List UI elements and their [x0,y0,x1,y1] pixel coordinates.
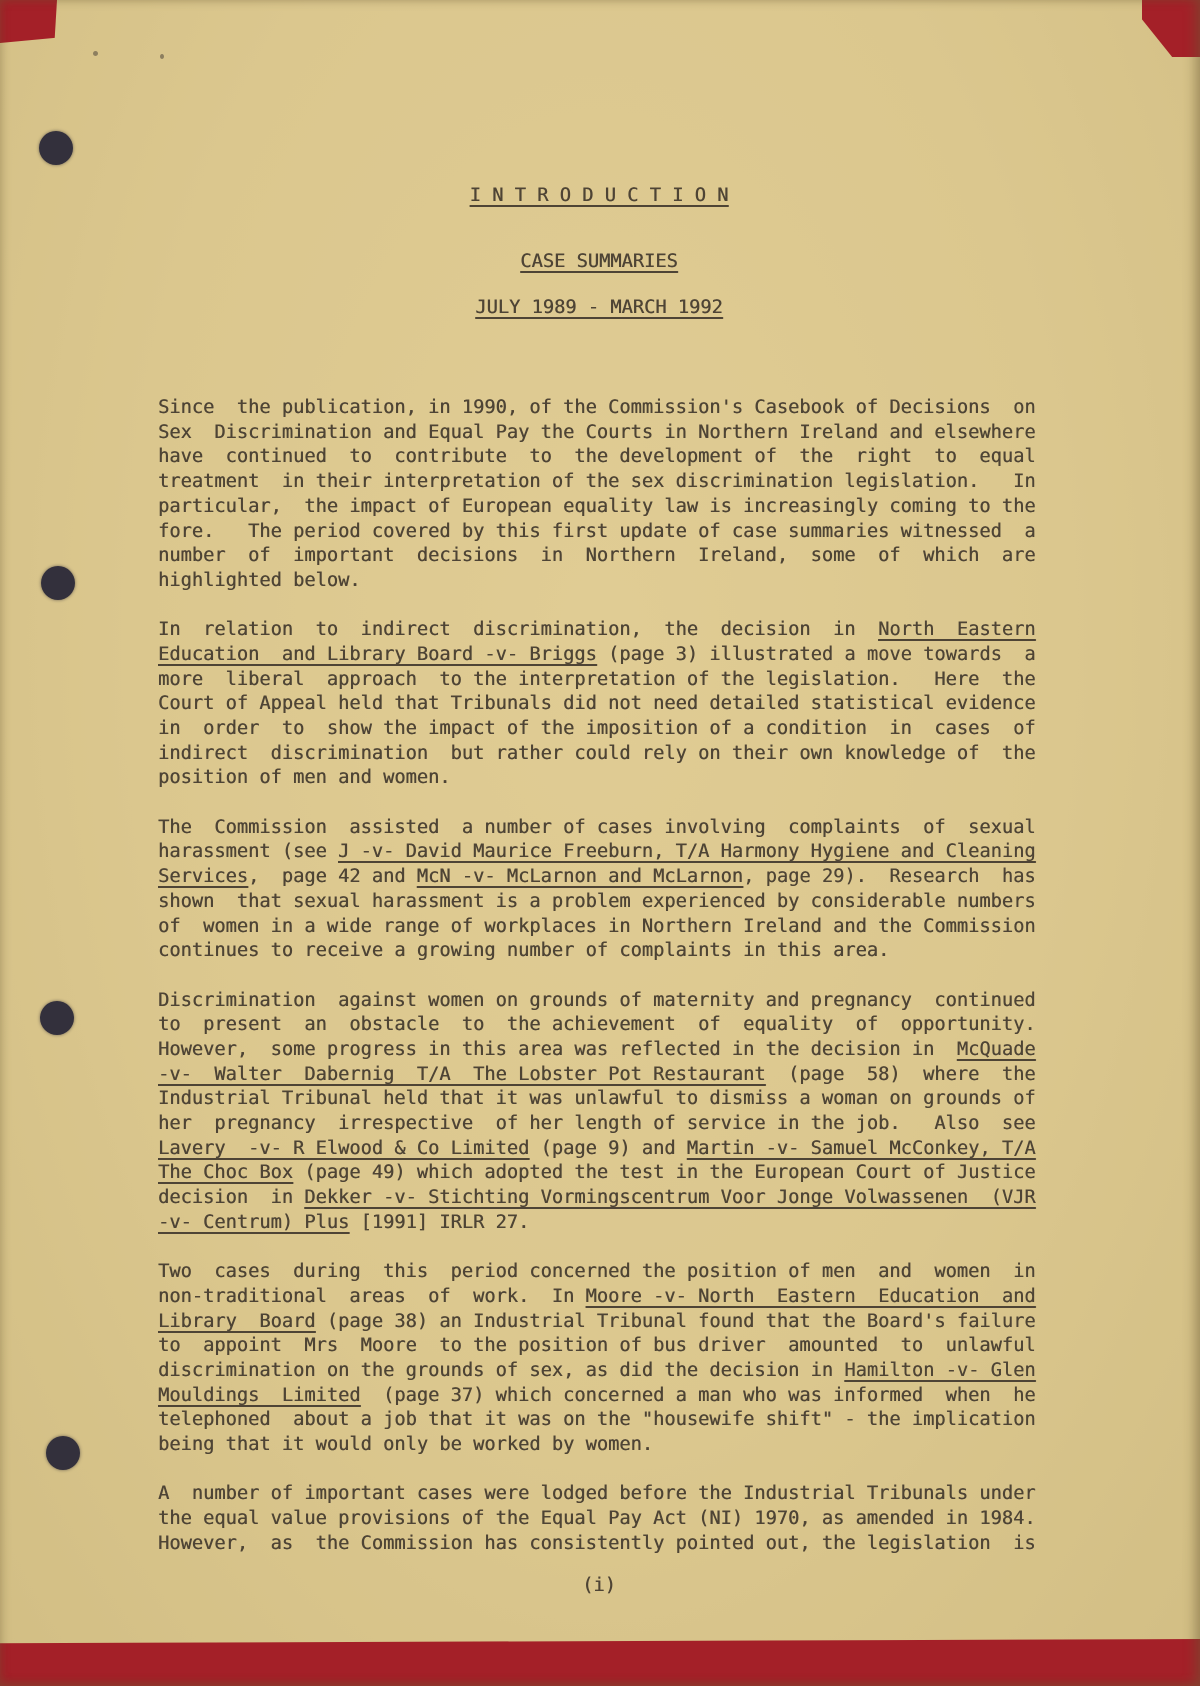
page-title-text: I N T R O D U C T I O N [470,185,729,206]
punch-hole [39,131,73,165]
scan-corner-mark-top-left [0,0,57,43]
text-segment: the equal value provisions of the Equal … [158,1508,1036,1529]
text-segment: (page 38) an Industrial Tribunal found t… [316,1311,1036,1332]
text-segment: particular, the impact of European equal… [158,496,1036,517]
case-citation: Hamilton -v- Glen [844,1360,1035,1381]
text-line: The Choc Box (page 49) which adopted the… [158,1161,1040,1186]
punch-hole [41,566,75,600]
text-line: Discrimination against women on grounds … [158,989,1040,1014]
text-segment: telephoned about a job that it was on th… [158,1409,1036,1430]
document: I N T R O D U C T I O N CASE SUMMARIES J… [158,0,1040,1599]
case-citation: Mouldings Limited [158,1385,361,1406]
text-line: Sex Discrimination and Equal Pay the Cou… [158,421,1040,446]
text-segment: have continued to contribute to the deve… [158,446,1036,467]
text-segment: more liberal approach to the interpretat… [158,669,1036,690]
text-segment: A number of important cases were lodged … [158,1483,1036,1504]
scanned-document-page: { "page": { "page_number": "(i)", "color… [0,0,1200,1686]
text-line: position of men and women. [158,766,1040,791]
paragraph: A number of important cases were lodged … [158,1482,1040,1556]
text-segment: highlighted below. [158,570,361,591]
case-citation: Education and Library Board -v- Briggs [158,644,597,665]
text-line: Mouldings Limited (page 37) which concer… [158,1384,1040,1409]
subtitle-date-range-text: JULY 1989 - MARCH 1992 [475,297,723,318]
text-line: to appoint Mrs Moore to the position of … [158,1334,1040,1359]
text-line: However, as the Commission has consisten… [158,1532,1040,1557]
case-citation: Services [158,866,248,887]
text-line: of women in a wide range of workplaces i… [158,915,1040,940]
text-line: highlighted below. [158,569,1040,594]
case-citation: Library Board [158,1311,316,1332]
text-line: have continued to contribute to the deve… [158,445,1040,470]
text-segment: treatment in their interpretation of the… [158,471,1036,492]
punch-hole [40,1001,74,1035]
text-segment: Court of Appeal held that Tribunals did … [158,693,1036,714]
text-line: However, some progress in this area was … [158,1038,1040,1063]
text-line: Court of Appeal held that Tribunals did … [158,692,1040,717]
text-segment: being that it would only be worked by wo… [158,1434,653,1455]
text-segment: (page 3) illustrated a move towards a [597,644,1036,665]
text-line: the equal value provisions of the Equal … [158,1507,1040,1532]
paper-speck [93,51,98,56]
text-line: -v- Centrum) Plus [1991] IRLR 27. [158,1211,1040,1236]
case-citation: North Eastern [878,619,1036,640]
page-title: I N T R O D U C T I O N [158,0,1040,209]
case-citation: -v- Walter Dabernig T/A The Lobster Pot … [158,1064,766,1085]
text-segment: However, some progress in this area was … [158,1039,957,1060]
text-segment: continues to receive a growing number of… [158,940,889,961]
text-line: being that it would only be worked by wo… [158,1433,1040,1458]
text-segment: (page 49) which adopted the test in the … [293,1162,1036,1183]
text-segment: to present an obstacle to the achievemen… [158,1014,1036,1035]
text-line: The Commission assisted a number of case… [158,816,1040,841]
text-segment: In relation to indirect discrimination, … [158,619,878,640]
paragraph: In relation to indirect discrimination, … [158,618,1040,791]
text-line: telephoned about a job that it was on th… [158,1408,1040,1433]
text-line: treatment in their interpretation of the… [158,470,1040,495]
text-segment: [1991] IRLR 27. [349,1212,529,1233]
text-segment: , page 42 and [248,866,417,887]
text-segment: of women in a wide range of workplaces i… [158,916,1036,937]
text-line: In relation to indirect discrimination, … [158,618,1040,643]
punch-hole [46,1436,80,1470]
paragraph: Two cases during this period concerned t… [158,1260,1040,1458]
case-citation: Martin -v- Samuel McConkey, T/A [687,1138,1036,1159]
text-segment: Two cases during this period concerned t… [158,1261,1036,1282]
text-segment: harassment (see [158,841,338,862]
case-citation: Lavery -v- R Elwood & Co Limited [158,1138,529,1159]
text-line: to present an obstacle to the achievemen… [158,1013,1040,1038]
text-segment: , page 29). Research has [743,866,1036,887]
text-segment: However, as the Commission has consisten… [158,1533,1036,1554]
text-segment: (page 58) where the [766,1064,1036,1085]
text-line: Two cases during this period concerned t… [158,1260,1040,1285]
text-segment: The Commission assisted a number of case… [158,817,1036,838]
text-line: -v- Walter Dabernig T/A The Lobster Pot … [158,1063,1040,1088]
text-segment: her pregnancy irrespective of her length… [158,1113,1036,1134]
subtitle-date-range: JULY 1989 - MARCH 1992 [158,296,1040,321]
text-segment: indirect discrimination but rather could… [158,743,1036,764]
text-segment: in order to show the impact of the impos… [158,718,1036,739]
scan-edge-strip-bottom [0,1639,1200,1686]
text-line: A number of important cases were lodged … [158,1482,1040,1507]
text-segment: (page 37) which concerned a man who was … [361,1385,1036,1406]
text-line: Since the publication, in 1990, of the C… [158,396,1040,421]
text-line: discrimination on the grounds of sex, as… [158,1359,1040,1384]
text-line: more liberal approach to the interpretat… [158,668,1040,693]
text-line: her pregnancy irrespective of her length… [158,1112,1040,1137]
text-segment: number of important decisions in Norther… [158,545,1036,566]
text-segment: to appoint Mrs Moore to the position of … [158,1335,1036,1356]
text-line: Lavery -v- R Elwood & Co Limited (page 9… [158,1137,1040,1162]
paragraph: The Commission assisted a number of case… [158,816,1040,964]
text-line: number of important decisions in Norther… [158,544,1040,569]
subtitle-case-summaries: CASE SUMMARIES [158,250,1040,275]
text-line: continues to receive a growing number of… [158,939,1040,964]
text-segment: Since the publication, in 1990, of the C… [158,397,1036,418]
text-segment: discrimination on the grounds of sex, as… [158,1360,844,1381]
text-segment: shown that sexual harassment is a proble… [158,891,1036,912]
case-citation: McQuade [957,1039,1036,1060]
text-line: harassment (see J -v- David Maurice Free… [158,840,1040,865]
case-citation: Moore -v- North Eastern Education and [586,1286,1036,1307]
paragraph: Since the publication, in 1990, of the C… [158,396,1040,594]
case-citation: J -v- David Maurice Freeburn, T/A Harmon… [338,841,1036,862]
text-line: Library Board (page 38) an Industrial Tr… [158,1310,1040,1335]
document-body: Since the publication, in 1990, of the C… [158,396,1040,1556]
text-segment: Discrimination against women on grounds … [158,990,1036,1011]
case-citation: Dekker -v- Stichting Vormingscentrum Voo… [304,1187,1035,1208]
text-segment: non-traditional areas of work. In [158,1286,586,1307]
text-line: fore. The period covered by this first u… [158,520,1040,545]
text-line: in order to show the impact of the impos… [158,717,1040,742]
text-line: Education and Library Board -v- Briggs (… [158,643,1040,668]
text-line: shown that sexual harassment is a proble… [158,890,1040,915]
text-segment: decision in [158,1187,304,1208]
text-line: particular, the impact of European equal… [158,495,1040,520]
text-line: Industrial Tribunal held that it was unl… [158,1087,1040,1112]
text-segment: (page 9) and [529,1138,687,1159]
scan-corner-mark-top-right [1142,0,1200,57]
case-citation: -v- Centrum) Plus [158,1212,349,1233]
subtitle-case-summaries-text: CASE SUMMARIES [520,251,678,272]
text-line: non-traditional areas of work. In Moore … [158,1285,1040,1310]
text-segment: Industrial Tribunal held that it was unl… [158,1088,1036,1109]
text-segment: position of men and women. [158,767,451,788]
case-citation: The Choc Box [158,1162,293,1183]
page-number: (i) [158,1574,1040,1599]
text-segment: fore. The period covered by this first u… [158,521,1036,542]
paragraph: Discrimination against women on grounds … [158,989,1040,1236]
text-segment: Sex Discrimination and Equal Pay the Cou… [158,422,1036,443]
text-line: indirect discrimination but rather could… [158,742,1040,767]
text-line: decision in Dekker -v- Stichting Vorming… [158,1186,1040,1211]
case-citation: McN -v- McLarnon and McLarnon [417,866,743,887]
text-line: Services, page 42 and McN -v- McLarnon a… [158,865,1040,890]
